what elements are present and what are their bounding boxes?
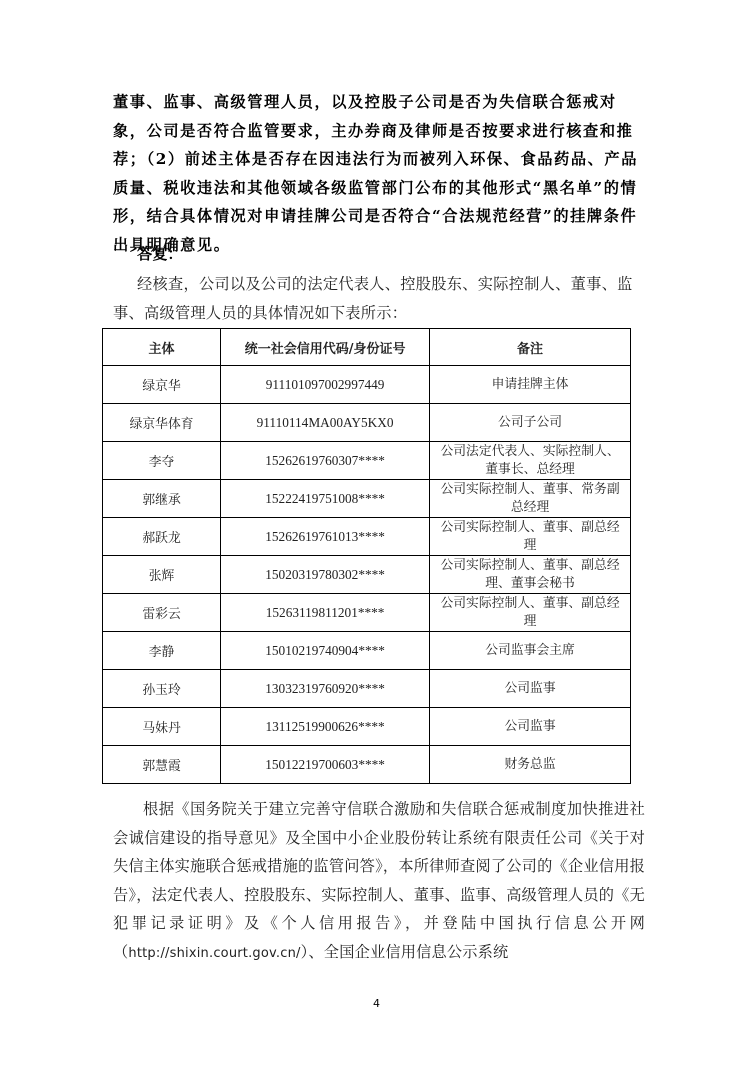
cell-id: 15012219700603**** xyxy=(221,746,430,784)
cell-entity: 雷彩云 xyxy=(103,594,221,632)
cell-id: 15020319780302**** xyxy=(221,556,430,594)
answer-intro: 经核查，公司以及公司的法定代表人、控股股东、实际控制人、董事、监事、高级管理人员… xyxy=(113,270,645,327)
cell-entity: 孙玉玲 xyxy=(103,670,221,708)
cell-note: 公司监事会主席 xyxy=(430,632,631,670)
credit-info-table: 主体 统一社会信用代码/身份证号 备注 绿京华91110109700299744… xyxy=(102,328,631,784)
cell-id: 15263119811201**** xyxy=(221,594,430,632)
header-id: 统一社会信用代码/身份证号 xyxy=(221,329,430,366)
answer-heading: 答复： xyxy=(137,243,183,264)
cell-entity: 郭慧霞 xyxy=(103,746,221,784)
table-row: 郭慧霞15012219700603****财务总监 xyxy=(103,746,631,784)
cell-entity: 郝跃龙 xyxy=(103,518,221,556)
cell-note: 公司实际控制人、董事、副总经理、董事会秘书 xyxy=(430,556,631,594)
legal-text-2: ）、全国企业信用信息公示系统 xyxy=(301,943,509,961)
cell-entity: 绿京华体育 xyxy=(103,404,221,442)
cell-note: 公司监事 xyxy=(430,670,631,708)
cell-entity: 马妹丹 xyxy=(103,708,221,746)
header-note: 备注 xyxy=(430,329,631,366)
page-number: 4 xyxy=(373,997,380,1010)
cell-entity: 张辉 xyxy=(103,556,221,594)
header-entity: 主体 xyxy=(103,329,221,366)
table-row: 郭继承15222419751008****公司实际控制人、董事、常务副总经理 xyxy=(103,480,631,518)
table-row: 孙玉玲13032319760920****公司监事 xyxy=(103,670,631,708)
cell-note: 公司法定代表人、实际控制人、董事长、总经理 xyxy=(430,442,631,480)
cell-entity: 绿京华 xyxy=(103,366,221,404)
table-row: 李夺15262619760307****公司法定代表人、实际控制人、董事长、总经… xyxy=(103,442,631,480)
cell-id: 13112519900626**** xyxy=(221,708,430,746)
cell-note: 公司监事 xyxy=(430,708,631,746)
table-row: 雷彩云15263119811201****公司实际控制人、董事、副总经理 xyxy=(103,594,631,632)
cell-entity: 李静 xyxy=(103,632,221,670)
shixin-link[interactable]: http://shixin.court.gov.cn/ xyxy=(128,946,300,961)
cell-note: 申请挂牌主体 xyxy=(430,366,631,404)
cell-id: 15222419751008**** xyxy=(221,480,430,518)
table-header-row: 主体 统一社会信用代码/身份证号 备注 xyxy=(103,329,631,366)
question-text: 董事、监事、高级管理人员，以及控股子公司是否为失信联合惩戒对象，公司是否符合监管… xyxy=(113,88,645,260)
cell-id: 15010219740904**** xyxy=(221,632,430,670)
table-row: 马妹丹13112519900626****公司监事 xyxy=(103,708,631,746)
table-row: 绿京华体育91110114MA00AY5KX0公司子公司 xyxy=(103,404,631,442)
cell-id: 15262619760307**** xyxy=(221,442,430,480)
cell-note: 公司实际控制人、董事、副总经理 xyxy=(430,518,631,556)
legal-basis-paragraph: 根据《国务院关于建立完善守信联合激励和失信联合惩戒制度加快推进社会诚信建设的指导… xyxy=(113,795,645,969)
cell-id: 15262619761013**** xyxy=(221,518,430,556)
cell-entity: 李夺 xyxy=(103,442,221,480)
table-row: 绿京华911101097002997449申请挂牌主体 xyxy=(103,366,631,404)
legal-text-1: 根据《国务院关于建立完善守信联合激励和失信联合惩戒制度加快推进社会诚信建设的指导… xyxy=(113,800,645,961)
cell-note: 公司实际控制人、董事、常务副总经理 xyxy=(430,480,631,518)
cell-note: 公司实际控制人、董事、副总经理 xyxy=(430,594,631,632)
table-row: 郝跃龙15262619761013****公司实际控制人、董事、副总经理 xyxy=(103,518,631,556)
cell-id: 13032319760920**** xyxy=(221,670,430,708)
cell-note: 财务总监 xyxy=(430,746,631,784)
table-row: 李静15010219740904****公司监事会主席 xyxy=(103,632,631,670)
cell-entity: 郭继承 xyxy=(103,480,221,518)
cell-note: 公司子公司 xyxy=(430,404,631,442)
cell-id: 911101097002997449 xyxy=(221,366,430,404)
table-row: 张辉15020319780302****公司实际控制人、董事、副总经理、董事会秘… xyxy=(103,556,631,594)
cell-id: 91110114MA00AY5KX0 xyxy=(221,404,430,442)
